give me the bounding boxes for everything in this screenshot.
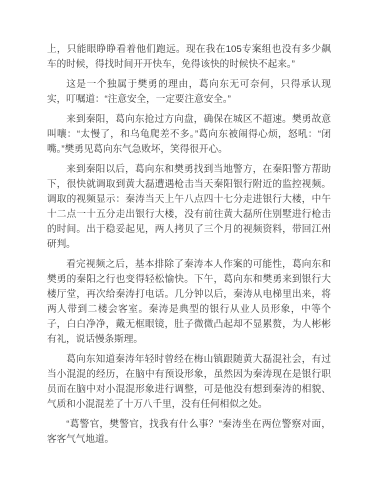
paragraph: 上，只能眼睁睁看着他们跑远。现在我在105专案组也没有多少飙车的时候，得找时间开… bbox=[47, 42, 331, 72]
paragraph: 来到秦阳以后，葛向东和樊勇找到当地警方，在秦阳警方帮助下，很快就调取到黄大磊遭遇… bbox=[47, 162, 331, 252]
ebook-page: 上，只能眼睁睁看着他们跑远。现在我在105专案组也没有多少飙车的时候，得找时间开… bbox=[0, 0, 370, 480]
paragraph: 这是一个独属于樊勇的理由，葛向东无可奈何，只得承认现实，叮嘱道：“注意安全，一定… bbox=[47, 77, 331, 107]
paragraph: 来到秦阳，葛向东抢过方向盘，确保在城区不超速。樊勇故意叫嚷：“太慢了，和乌龟爬差… bbox=[47, 112, 331, 157]
paragraph: “葛警官，樊警官，找我有什么事？”秦涛坐在两位警察对面，客客气气地道。 bbox=[47, 417, 331, 447]
reading-text: 上，只能眼睁睁看着他们跑远。现在我在105专案组也没有多少飙车的时候，得找时间开… bbox=[47, 42, 331, 447]
paragraph: 看完视频之后，基本排除了秦涛本人作案的可能性，葛向东和樊勇的秦阳之行也变得轻松愉… bbox=[47, 257, 331, 347]
paragraph: 葛向东知道秦涛年轻时曾经在梅山镇跟随黄大磊混社会，有过当小混混的经历，在脑中有预… bbox=[47, 352, 331, 412]
